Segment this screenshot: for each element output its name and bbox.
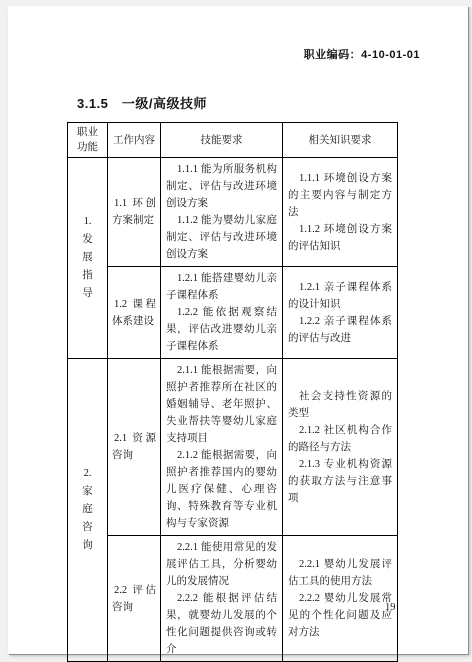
skills-cell: 1.1.1 能为所服务机构制定、评估与改进环境创设方案 1.1.2 能为婴幼儿家… bbox=[161, 158, 283, 267]
skill-item: 1.1.1 能为所服务机构制定、评估与改进环境创设方案 bbox=[166, 161, 277, 212]
skill-item: 2.1.1 能根据需要，向照护者推荐所在社区的婚姻辅导、老年照护、失业帮扶等婴幼… bbox=[166, 362, 277, 447]
table-row: 2.2 评估咨询 2.2.1 能使用常见的发展评估工具，分析婴幼儿的发展情况 2… bbox=[68, 536, 398, 662]
section-heading: 3.1.5 一级/高级技师 bbox=[77, 93, 207, 112]
knowledge-item: 2.1.2 社区机构合作的路径与方法 bbox=[288, 422, 392, 456]
knowledge-cell: 社会支持性资源的类型 2.1.2 社区机构合作的路径与方法 2.1.3 专业机构… bbox=[283, 359, 398, 536]
skills-cell: 1.2.1 能搭建婴幼儿亲子课程体系 1.2.2 能依据观察结果，评估改进婴幼儿… bbox=[161, 267, 283, 359]
knowledge-item: 1.1.1 环境创设方案的主要内容与制定方法 bbox=[288, 170, 392, 221]
header-skills: 技能要求 bbox=[161, 123, 283, 158]
table-row: 1.2 课程体系建设 1.2.1 能搭建婴幼儿亲子课程体系 1.2.2 能依据观… bbox=[68, 267, 398, 359]
knowledge-item: 1.2.2 亲子课程体系的评估与改进 bbox=[288, 313, 392, 347]
knowledge-item: 1.2.1 亲子课程体系的设计知识 bbox=[288, 279, 392, 313]
function-cell-family-consulting: 2. 家 庭 咨 询 bbox=[68, 359, 108, 662]
table-row: 1. 发 展 指 导 1.1 环创方案制定 1.1.1 能为所服务机构制定、评估… bbox=[68, 158, 398, 267]
knowledge-item: 2.2.1 婴幼儿发展评估工具的使用方法 bbox=[288, 556, 392, 590]
knowledge-item: 2.2.2 婴幼儿发展常见的个性化问题及应对方法 bbox=[288, 590, 392, 641]
task-cell: 2.2 评估咨询 bbox=[108, 536, 161, 662]
knowledge-cell: 1.2.1 亲子课程体系的设计知识 1.2.2 亲子课程体系的评估与改进 bbox=[283, 267, 398, 359]
knowledge-cell: 2.2.1 婴幼儿发展评估工具的使用方法 2.2.2 婴幼儿发展常见的个性化问题… bbox=[283, 536, 398, 662]
header-task: 工作内容 bbox=[108, 123, 161, 158]
header-knowledge: 相关知识要求 bbox=[283, 123, 398, 158]
header-function: 职业 功能 bbox=[68, 123, 108, 158]
knowledge-item: 社会支持性资源的类型 bbox=[288, 388, 392, 422]
knowledge-item: 1.1.2 环境创设方案的评估知识 bbox=[288, 221, 392, 255]
skills-cell: 2.2.1 能使用常见的发展评估工具，分析婴幼儿的发展情况 2.2.2 能根据评… bbox=[161, 536, 283, 662]
page-number: 19 bbox=[385, 602, 396, 613]
table-header-row: 职业 功能 工作内容 技能要求 相关知识要求 bbox=[68, 123, 398, 158]
skill-item: 1.2.2 能依据观察结果，评估改进婴幼儿亲子课程体系 bbox=[166, 304, 277, 355]
table-row: 2. 家 庭 咨 询 2.1 资源咨询 2.1.1 能根据需要，向照护者推荐所在… bbox=[68, 359, 398, 536]
skill-item: 2.1.2 能根据需要，向照护者推荐国内的婴幼儿医疗保健、心理咨询、特殊教育等专… bbox=[166, 447, 277, 532]
knowledge-cell: 1.1.1 环境创设方案的主要内容与制定方法 1.1.2 环境创设方案的评估知识 bbox=[283, 158, 398, 267]
skill-item: 2.2.2 能根据评估结果，就婴幼儿发展的个性化问题提供咨询或转介 bbox=[166, 590, 277, 658]
skills-cell: 2.1.1 能根据需要，向照护者推荐所在社区的婚姻辅导、老年照护、失业帮扶等婴幼… bbox=[161, 359, 283, 536]
occupation-standard-table: 职业 功能 工作内容 技能要求 相关知识要求 1. 发 展 指 导 1.1 环创… bbox=[67, 122, 398, 662]
knowledge-item: 2.1.3 专业机构资源的获取方法与注意事项 bbox=[288, 456, 392, 507]
function-cell-development-guidance: 1. 发 展 指 导 bbox=[68, 158, 108, 359]
occupation-code: 职业编码：4-10-01-01 bbox=[8, 46, 420, 62]
task-cell: 1.2 课程体系建设 bbox=[108, 267, 161, 359]
skill-item: 1.2.1 能搭建婴幼儿亲子课程体系 bbox=[166, 270, 277, 304]
skill-item: 1.1.2 能为婴幼儿家庭制定、评估与改进环境创设方案 bbox=[166, 212, 277, 263]
skill-item: 2.2.1 能使用常见的发展评估工具，分析婴幼儿的发展情况 bbox=[166, 539, 277, 590]
task-cell: 2.1 资源咨询 bbox=[108, 359, 161, 536]
document-page: 职业编码：4-10-01-01 3.1.5 一级/高级技师 职业 功能 工作内容… bbox=[8, 6, 468, 654]
task-cell: 1.1 环创方案制定 bbox=[108, 158, 161, 267]
